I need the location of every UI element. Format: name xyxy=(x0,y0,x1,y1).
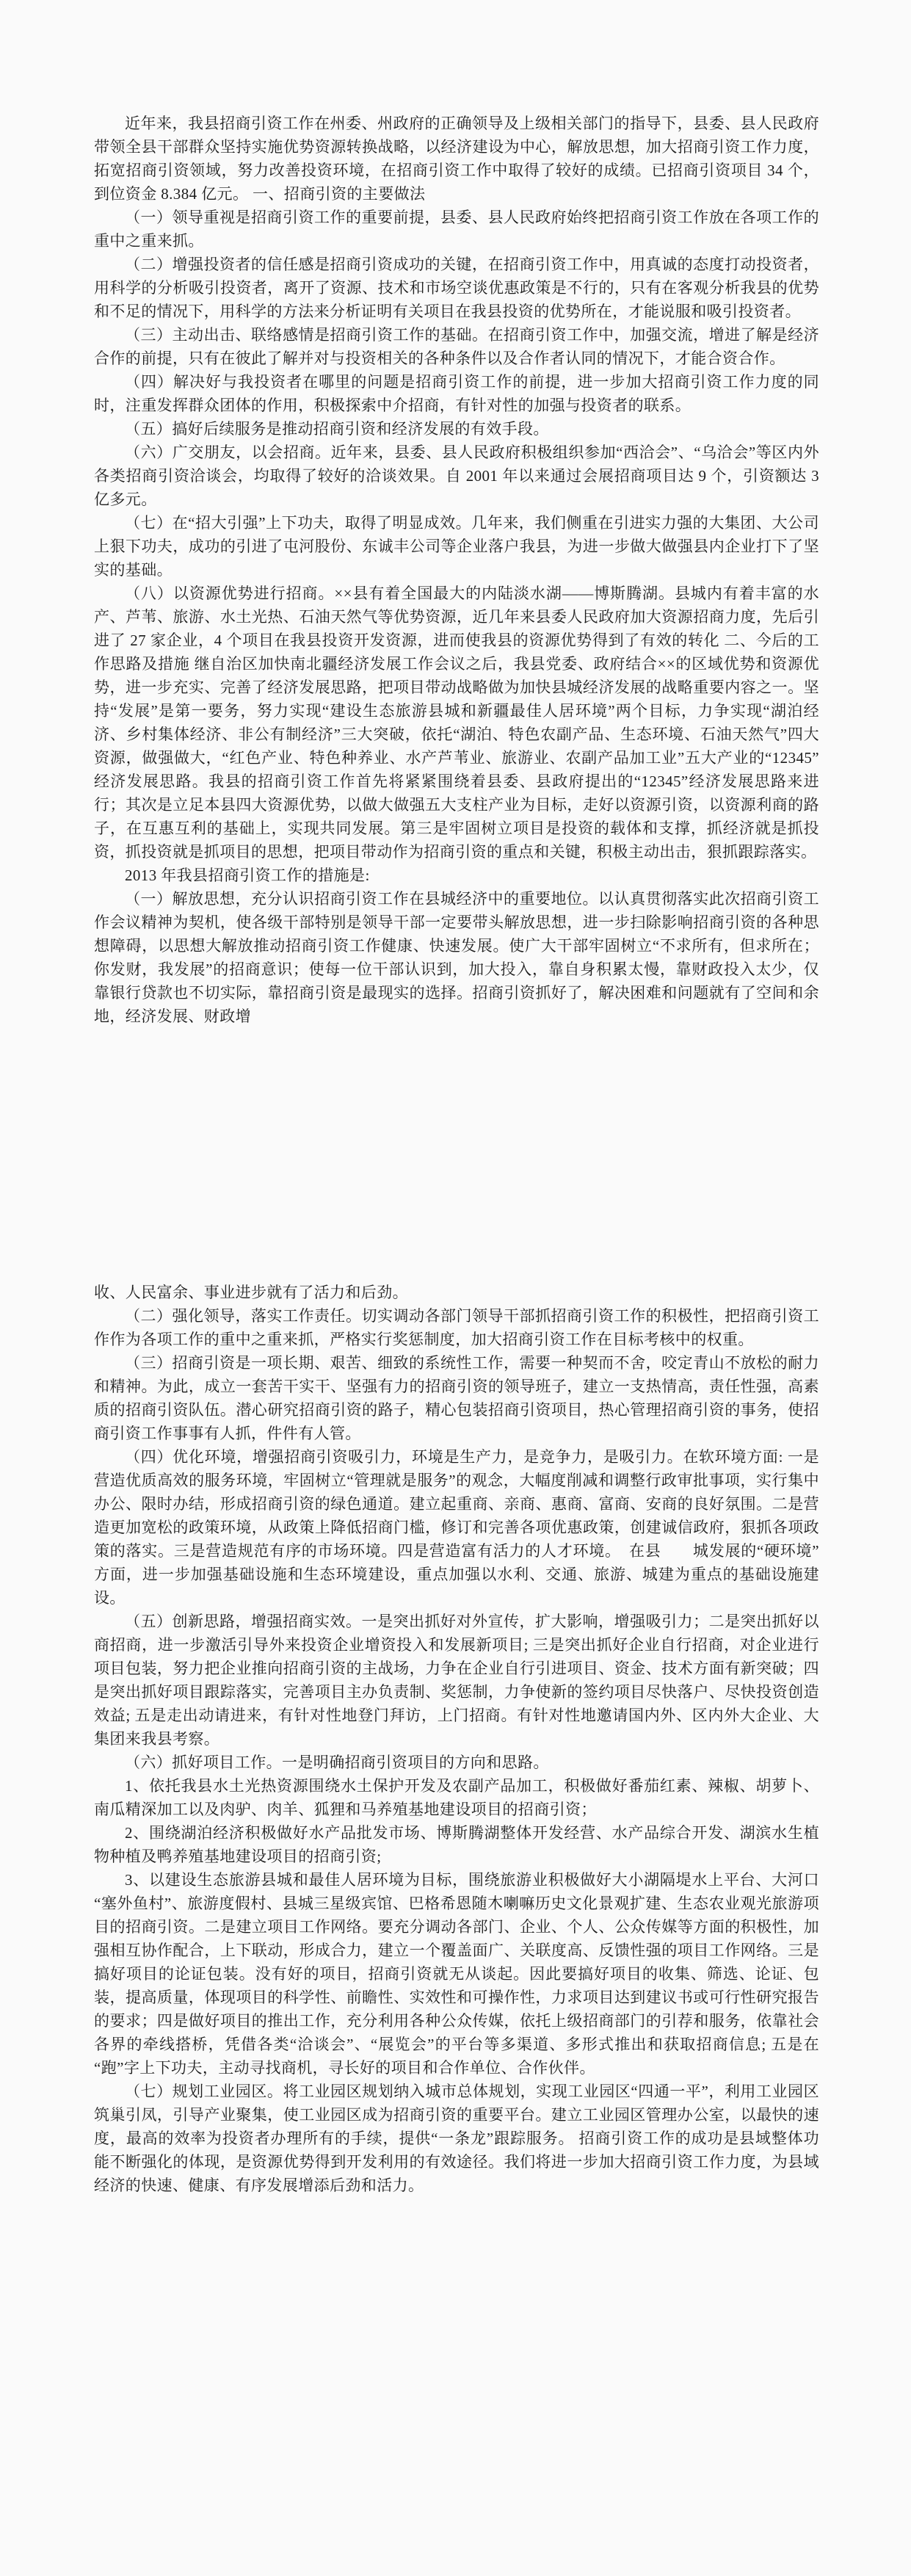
paragraph: （四）解决好与我投资者在哪里的问题是招商引资工作的前提，进一步加大招商引资工作力… xyxy=(94,370,819,417)
paragraph: （七）规划工业园区。将工业园区规划纳入城市总体规划，实现工业园区“四通一平”，利… xyxy=(94,2080,819,2197)
paragraph: （二）增强投资者的信任感是招商引资成功的关键，在招商引资工作中，用真诚的态度打动… xyxy=(94,253,819,323)
paragraph: （四）优化环境，增强招商引资吸引力，环境是生产力，是竞争力，是吸引力。在软环境方… xyxy=(94,1445,819,1610)
document-canvas: { "colors": { "text": "#1c1c1c", "backgr… xyxy=(0,0,911,2576)
paragraph: （三）主动出击、联络感情是招商引资工作的基础。在招商引资工作中，加强交流，增进了… xyxy=(94,323,819,370)
paragraph: （三）招商引资是一项长期、艰苦、细致的系统性工作，需要一种契而不舍，咬定青山不放… xyxy=(94,1351,819,1445)
paragraph: 1、依托我县水土光热资源围绕水土保护开发及农副产品加工，积极做好番茄红素、辣椒、… xyxy=(94,1774,819,1821)
paragraph: 近年来，我县招商引资工作在州委、州政府的正确领导及上级相关部门的指导下，县委、县… xyxy=(94,112,819,206)
paragraph: 2013 年我县招商引资工作的措施是: xyxy=(94,864,819,887)
paragraph: （一）领导重视是招商引资工作的重要前提，县委、县人民政府始终把招商引资工作放在各… xyxy=(94,206,819,253)
document-page-2: 收、人民富余、事业进步就有了活力和后劲。（二）强化领导，落实工作责任。切实调动各… xyxy=(94,1281,819,2197)
document-body: 近年来，我县招商引资工作在州委、州政府的正确领导及上级相关部门的指导下，县委、县… xyxy=(94,0,819,2197)
paragraph: 2、围绕湖泊经济积极做好水产品批发市场、博斯腾湖整体开发经营、水产品综合开发、湖… xyxy=(94,1821,819,1868)
paragraph: （八）以资源优势进行招商。××县有着全国最大的内陆淡水湖——博斯腾湖。县城内有着… xyxy=(94,582,819,864)
paragraph: （七）在“招大引强”上下功夫，取得了明显成效。几年来，我们侧重在引进实力强的大集… xyxy=(94,511,819,582)
paragraph: （五）创新思路，增强招商实效。一是突出抓好对外宣传，扩大影响，增强吸引力；二是突… xyxy=(94,1610,819,1751)
paragraph: 收、人民富余、事业进步就有了活力和后劲。 xyxy=(94,1281,819,1304)
page-break-gap xyxy=(94,1028,819,1281)
paragraph: （二）强化领导，落实工作责任。切实调动各部门领导干部抓招商引资工作的积极性，把招… xyxy=(94,1304,819,1351)
paragraph: （五）搞好后续服务是推动招商引资和经济发展的有效手段。 xyxy=(94,417,819,441)
paragraph: 3、以建设生态旅游县城和最佳人居环境为目标，围绕旅游业积极做好大小湖隔堤水上平台… xyxy=(94,1868,819,2080)
paragraph: （六）广交朋友，以会招商。近年来，县委、县人民政府积极组织参加“西洽会”、“乌洽… xyxy=(94,441,819,511)
paragraph: （一）解放思想，充分认识招商引资工作在县城经济中的重要地位。以认真贯彻落实此次招… xyxy=(94,887,819,1028)
document-page-1: 近年来，我县招商引资工作在州委、州政府的正确领导及上级相关部门的指导下，县委、县… xyxy=(94,112,819,1028)
paragraph: （六）抓好项目工作。一是明确招商引资项目的方向和思路。 xyxy=(94,1751,819,1774)
